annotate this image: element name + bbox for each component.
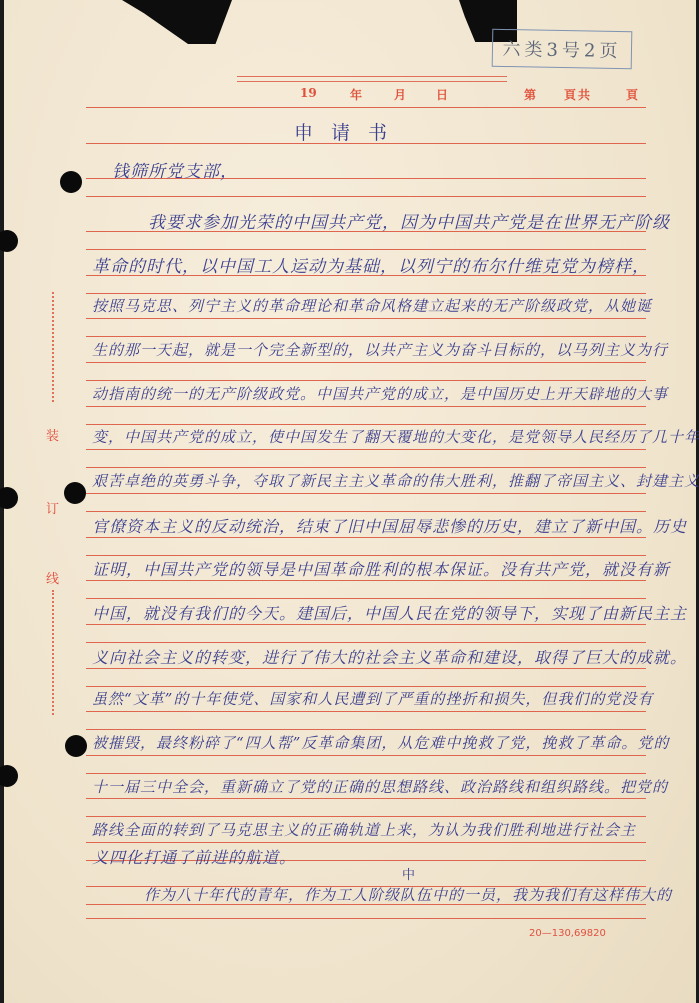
ruled-line <box>86 598 646 599</box>
body-line-17: 作为八十年代的青年，作为工人阶级队伍中的一员，我为我们有这样伟大的 <box>144 884 699 905</box>
body-line-15: 路线全面的转到了马克思主义的正确轨道上来，为认为我们胜利地进行社会主 <box>92 819 652 840</box>
header-double-rule <box>237 76 507 82</box>
body-line-7: 艰苦卓绝的英勇斗争，夺取了新民主主义革命的伟大胜利，推翻了帝国主义、封建主义 <box>92 470 652 491</box>
binding-dotted-line <box>52 590 54 715</box>
ruled-line <box>86 729 646 730</box>
body-line-14: 十一届三中全会，重新确立了党的正确的思想路线、政治路线和组织路线。把党的 <box>92 776 652 797</box>
ruled-line <box>86 918 646 919</box>
handwritten-document-page: 六类3号2页 19 年 月 日 第 頁 共 頁 申请书 钱筛所党支部， 我要求参… <box>4 0 696 1003</box>
body-line-5: 动指南的统一的无产阶级政党。中国共产党的成立，是中国历史上开天辟地的大事 <box>92 383 652 404</box>
ruled-line <box>86 196 646 197</box>
binding-char-ding: 订 <box>46 498 59 517</box>
body-line-10: 中国，就没有我们的今天。建国后，中国人民在党的领导下，实现了由新民主主 <box>92 601 652 624</box>
salutation: 钱筛所党支部， <box>112 157 672 182</box>
body-line-13: 被摧毁，最终粉碎了“四人帮”反革命集团，从危难中挽救了党，挽救了革命。党的 <box>92 732 652 753</box>
body-line-2: 革命的时代，以中国工人运动为基础，以列宁的布尔什维克党为榜样， <box>92 252 652 277</box>
ruled-line <box>86 467 646 468</box>
ruled-line <box>86 493 646 494</box>
ruled-line <box>86 642 646 643</box>
ruled-line <box>86 380 646 381</box>
page-label: 頁 <box>564 86 576 102</box>
ruled-line <box>86 362 646 363</box>
month-label: 月 <box>394 86 406 102</box>
ruled-line <box>86 318 646 319</box>
body-line-12: 虽然“文革”的十年使党、国家和人民遭到了严重的挫折和损失，但我们的党没有 <box>92 688 652 709</box>
body-line-6: 变，中国共产党的成立，使中国发生了翻天覆地的大变化，是党领导人民经历了几十年 <box>92 426 652 447</box>
page-prefix: 第 <box>524 86 536 102</box>
ruled-line <box>86 336 646 337</box>
year-prefix: 19 <box>300 86 317 102</box>
body-line-11: 义向社会主义的转变，进行了伟大的社会主义革命和建设，取得了巨大的成就。 <box>92 645 652 668</box>
torn-corner-left <box>122 0 232 44</box>
ruled-line <box>86 537 646 538</box>
document-title: 申请书 <box>294 118 405 145</box>
ruled-line <box>86 249 646 250</box>
body-line-9: 证明，中国共产党的领导是中国革命胜利的根本保证。没有共产党，就没有新 <box>92 557 652 580</box>
ruled-line <box>86 842 646 843</box>
body-line-1: 我要求参加光荣的中国共产党，因为中国共产党是在世界无产阶级 <box>148 208 699 233</box>
body-line-8: 官僚资本主义的反动统治，结束了旧中国屈辱悲惨的历史，建立了新中国。历史 <box>92 514 652 537</box>
ruled-line <box>86 755 646 756</box>
archive-stamp: 六类3号2页 <box>492 29 633 69</box>
ruled-line <box>86 798 646 799</box>
punch-hole <box>65 735 87 757</box>
ruled-line <box>86 668 646 669</box>
body-line-4: 生的那一天起，就是一个完全新型的，以共产主义为奋斗目标的，以马列主义为行 <box>92 339 652 360</box>
insertion-mark: 中 <box>402 864 415 883</box>
punch-hole <box>0 230 18 252</box>
binding-dotted-line <box>52 292 54 402</box>
body-line-16: 义四化打通了前进的航道。 <box>92 845 652 868</box>
total-label: 共 <box>578 86 590 102</box>
punch-hole <box>0 487 18 509</box>
ruled-line <box>86 511 646 512</box>
day-label: 日 <box>436 86 448 102</box>
ruled-line <box>86 580 646 581</box>
ruled-line <box>86 816 646 817</box>
ruled-line <box>86 449 646 450</box>
punch-hole <box>0 765 18 787</box>
total-page-label: 頁 <box>626 86 638 102</box>
body-line-3: 按照马克思、列宁主义的革命理论和革命风格建立起来的无产阶级政党，从她诞 <box>92 295 652 316</box>
binding-char-xian: 线 <box>46 568 59 587</box>
year-label: 年 <box>350 86 362 102</box>
ruled-line <box>86 711 646 712</box>
ruled-line <box>86 107 646 108</box>
ruled-line <box>86 773 646 774</box>
punch-hole <box>64 482 86 504</box>
ruled-line <box>86 624 646 625</box>
binding-char-zhuang: 装 <box>46 425 59 444</box>
punch-hole <box>60 171 82 193</box>
form-print-code: 20—130,69820 <box>529 928 606 939</box>
ruled-line <box>86 406 646 407</box>
